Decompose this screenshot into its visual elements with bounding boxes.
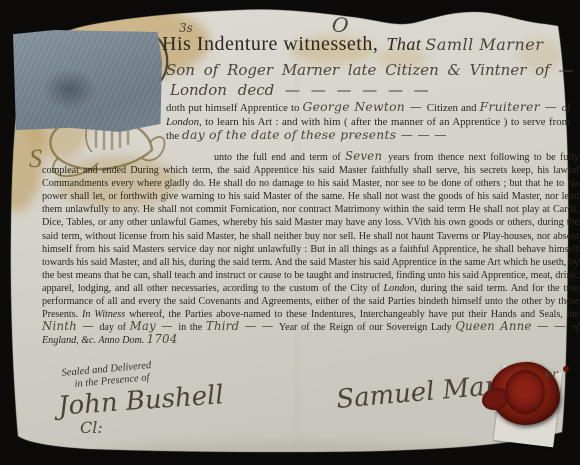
text-segment-hand: Seven — [345, 149, 388, 163]
text-segment-hand: May — — [130, 319, 179, 333]
text-segment-print: Year of the Reign of our Sovereign Lady — [279, 322, 456, 333]
photograph-of-indenture-document: O 3s S His Indenture witnesseth,ThatSaml… — [0, 0, 580, 465]
text-segment-hand: 1704 — [147, 332, 178, 346]
witness-signature-suffix: Cl: — [80, 418, 103, 437]
ornament-initial-letter: S — [29, 144, 42, 174]
heading-that-word: That — [378, 34, 425, 54]
wax-seal-impression — [505, 370, 545, 414]
wax-drip-dot — [563, 366, 569, 372]
text-segment-print: doth put himself Apprentice to — [166, 102, 302, 114]
text-segment-print: unto the full end and term of — [214, 152, 345, 163]
text-segment-hand: Third — — — [206, 319, 279, 333]
text-segment-hand: George Newton — — [302, 100, 426, 114]
text-segment-hand: Fruiterer — — [480, 100, 562, 114]
apprentice-name-handwritten: Samll Marner — [425, 35, 543, 54]
text-segment-hand: Queen Anne — — — [455, 319, 571, 333]
text-segment-print: in the — [178, 322, 206, 333]
document-heading: His Indenture witnesseth,ThatSamll Marne… — [162, 33, 574, 56]
text-segment-print: years from thence next following to be f… — [42, 152, 579, 294]
text-segment-print: Citizen and — [427, 102, 480, 114]
text-segment-print: day of — [99, 322, 129, 333]
apprenticeship-intro-paragraph: doth put himself Apprentice to George Ne… — [166, 101, 570, 143]
blue-stamp-paper-patch — [13, 30, 162, 132]
text-segment-hand: Ninth — — [42, 319, 99, 333]
covenants-paragraph: unto the full end and term of Seven year… — [42, 151, 579, 347]
parentage-line: Son of Roger Marner late Citizen & Vintn… — [166, 61, 574, 79]
text-segment-hand: day of the date of these presents — — — — [182, 128, 447, 142]
signature-overflow-letters: er — [545, 367, 558, 381]
heading-printed-text: His Indenture witnesseth, — [162, 33, 378, 55]
text-segment-printi: London — [384, 283, 415, 294]
parentage-line-2: London decd — — — — — — — [170, 81, 429, 99]
